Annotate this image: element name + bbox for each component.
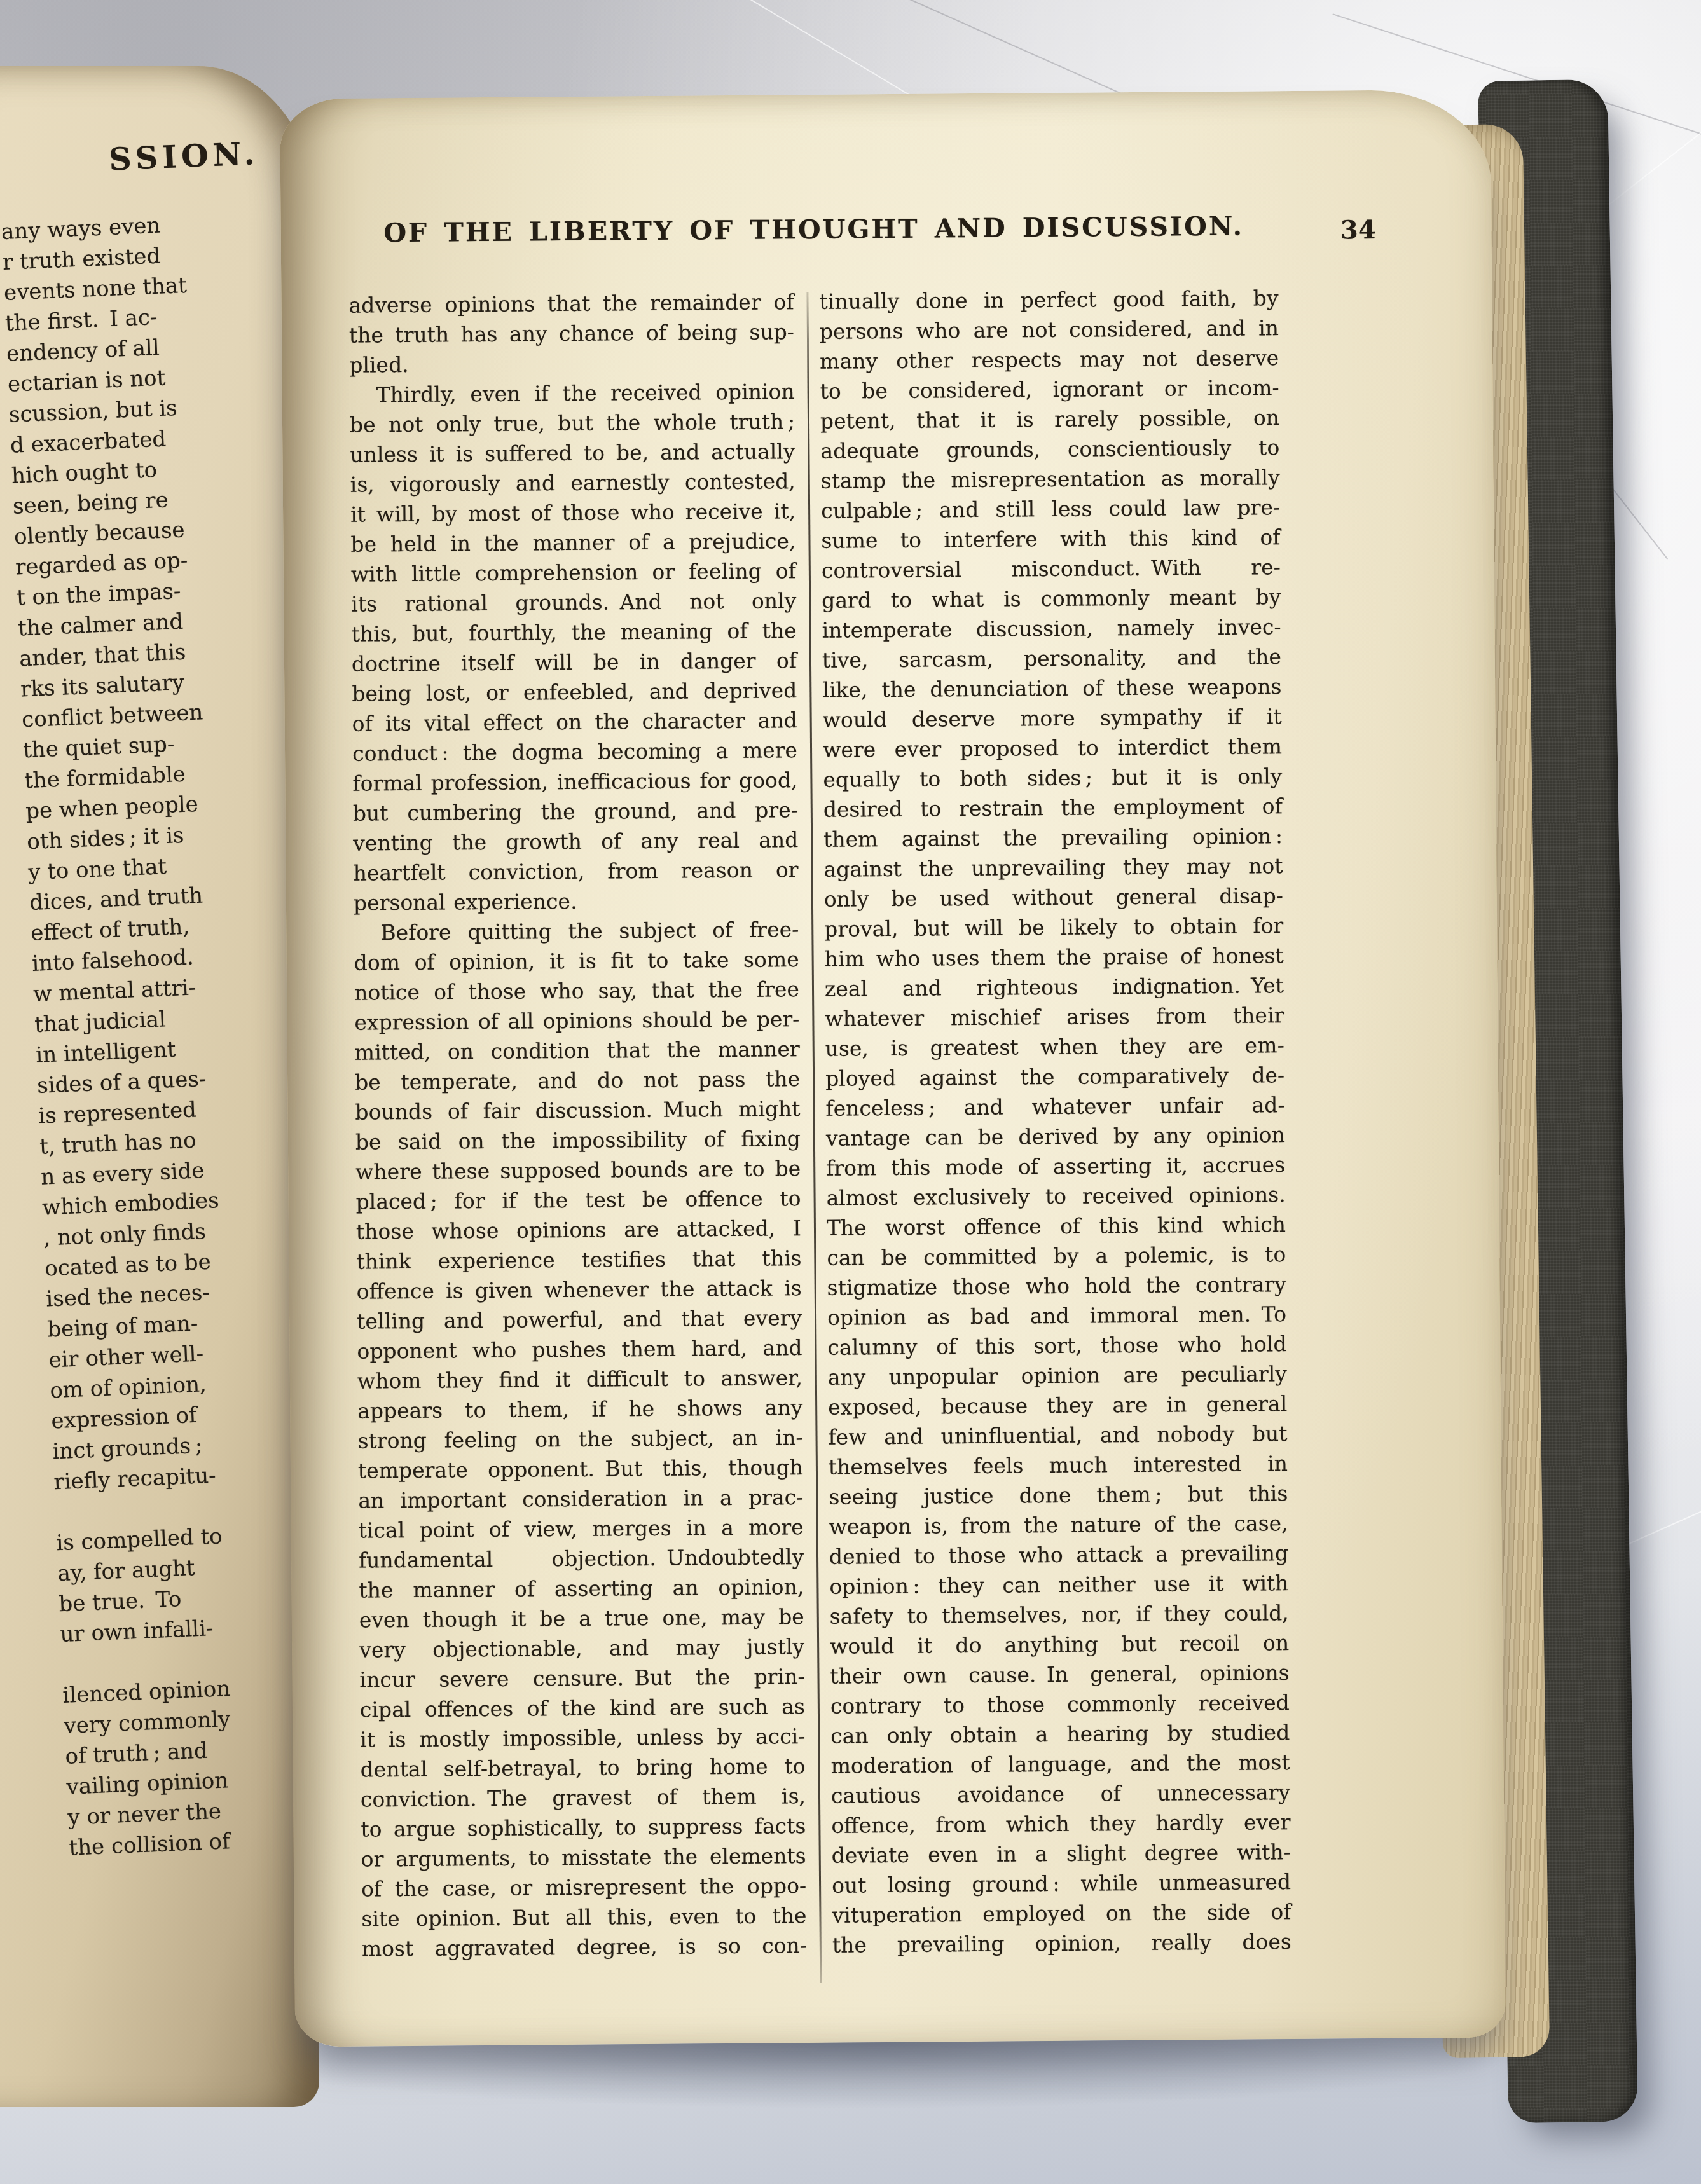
text-line: to be considered, ignorant or incom- xyxy=(820,373,1279,406)
text-line: fundamental objection. Undoubtedly xyxy=(359,1542,804,1575)
text-line: personal experience. xyxy=(354,884,799,917)
text-line: conduct : the dogma becoming a mere xyxy=(352,735,797,768)
text-line: their own cause. In general, opinions xyxy=(830,1658,1289,1691)
left-page-partial: SSION. any ways evenr truth existedevent… xyxy=(0,66,319,2107)
text-line: safety to themselves, nor, if they could… xyxy=(830,1598,1289,1631)
text-line: notice of those who say, that the free xyxy=(354,974,799,1007)
text-line: Thirdly, even if the received opinion xyxy=(349,376,794,409)
text-line: opponent who pushes them hard, and xyxy=(357,1333,802,1366)
text-line: tical point of view, merges in a more xyxy=(359,1512,804,1545)
text-line: conviction. The gravest of them is, xyxy=(361,1781,806,1814)
text-line: expression of all opinions should be per… xyxy=(354,1004,799,1037)
text-line: calumny of this sort, those who hold xyxy=(827,1329,1286,1363)
left-page-line-fragments: any ways evenr truth existedevents none … xyxy=(1,206,330,1864)
text-line: temperate opponent. But this, though xyxy=(358,1452,803,1485)
text-line: strong feeling on the subject, an in- xyxy=(357,1422,802,1455)
text-line: use, is greatest when they are em- xyxy=(825,1030,1284,1064)
text-line: but cumbering the ground, and pre- xyxy=(353,795,798,828)
text-line: sume to interfere with this kind of xyxy=(821,522,1280,556)
text-line: the prevailing opinion, really does xyxy=(832,1926,1291,1960)
text-line: can only obtain a hearing by studied xyxy=(830,1717,1290,1751)
text-line: the manner of asserting an opinion, xyxy=(359,1572,804,1605)
text-line: is, vigorously and earnestly contested, xyxy=(350,466,795,499)
text-line: zeal and righteous indignation. Yet xyxy=(825,970,1284,1004)
text-line: where these supposed bounds are to be xyxy=(355,1153,801,1186)
text-line: ployed against the comparatively de- xyxy=(825,1060,1284,1094)
text-line: doctrine itself will be in danger of xyxy=(352,645,797,678)
text-line: denied to those who attack a prevailing xyxy=(829,1538,1288,1572)
text-line: be not only true, but the whole truth ; xyxy=(350,406,795,439)
text-line: it is mostly impossible, unless by acci- xyxy=(360,1721,805,1754)
text-column-right: tinually done in perfect good faith, byp… xyxy=(819,283,1291,1960)
text-line: formal profession, inefficacious for goo… xyxy=(352,765,797,798)
text-line: adequate grounds, conscientiously to xyxy=(820,432,1279,466)
text-line: incur severe censure. But the prin- xyxy=(359,1661,804,1694)
text-line: site opinion. But all this, even to the xyxy=(361,1900,806,1933)
text-line: cipal offences of the kind are such as xyxy=(360,1691,805,1724)
text-line: its rational grounds. And not only xyxy=(351,586,796,619)
text-line: dom of opinion, it is fit to take some xyxy=(354,944,799,977)
text-line: him who uses them the praise of honest xyxy=(824,940,1283,974)
text-line: few and uninfluential, and nobody but xyxy=(828,1418,1287,1452)
text-line: petent, that it is rarely possible, on xyxy=(820,402,1279,436)
text-line: very objectionable, and may justly xyxy=(359,1631,804,1665)
text-line: most aggravated degree, is so con- xyxy=(362,1930,807,1963)
column-divider-rule xyxy=(806,292,822,1983)
text-line: can be committed by a polemic, is to xyxy=(827,1239,1286,1273)
text-line: would it do anything but recoil on xyxy=(830,1628,1289,1661)
text-line: unless it is suffered to be, and actuall… xyxy=(350,436,795,469)
text-line: tinually done in perfect good faith, by xyxy=(819,283,1278,317)
text-line: an important consideration in a prac- xyxy=(358,1482,803,1515)
text-line: stigmatize those who hold the contrary xyxy=(827,1269,1286,1303)
text-line: cautious avoidance of unnecessary xyxy=(831,1777,1290,1811)
text-line: plied. xyxy=(349,347,794,380)
text-line: against the unprevailing they may not xyxy=(823,851,1283,884)
text-line: seeing justice done them ; but this xyxy=(829,1478,1288,1512)
text-line: equally to both sides ; but it is only xyxy=(823,761,1282,795)
text-column-left: adverse opinions that the remainder ofth… xyxy=(348,287,807,1963)
text-line: them against the prevailing opinion : xyxy=(823,821,1283,855)
text-line: controversial misconduct. With re- xyxy=(822,552,1281,586)
text-line: to argue sophistically, to suppress fact… xyxy=(361,1811,806,1844)
text-line: deviate even in a slight degree with- xyxy=(832,1837,1291,1871)
text-line: be temperate, and do not pass the xyxy=(355,1064,800,1097)
page-number: 34 xyxy=(1340,215,1376,245)
text-line: themselves feels much interested in xyxy=(829,1448,1288,1482)
text-line: exposed, because they are in general xyxy=(828,1389,1287,1422)
text-line: heartfelt conviction, from reason or xyxy=(353,855,798,888)
text-line: this, but, fourthly, the meaning of the xyxy=(351,615,796,649)
text-line: venting the growth of any real and xyxy=(353,825,798,858)
text-line: vituperation employed on the side of xyxy=(832,1897,1291,1930)
text-line: or arguments, to misstate the elements xyxy=(361,1841,806,1874)
text-line: Before quitting the subject of free- xyxy=(354,914,799,947)
text-line: vantage can be derived by any opinion xyxy=(826,1120,1285,1153)
text-line: intemperate discussion, namely invec- xyxy=(822,612,1281,645)
text-line: The worst offence of this kind which xyxy=(827,1209,1286,1243)
text-line: it will, by most of those who receive it… xyxy=(350,496,795,529)
text-line: be held in the manner of a prejudice, xyxy=(350,526,795,559)
text-line: be said on the impossibility of fixing xyxy=(355,1123,801,1157)
text-line: out losing ground : while unmeasured xyxy=(832,1867,1291,1900)
text-line: stamp the misrepresentation as morally xyxy=(821,462,1280,496)
text-line: whatever mischief arises from their xyxy=(825,1000,1284,1034)
text-line: of its vital effect on the character and xyxy=(352,705,797,738)
text-line: fenceless ; and whatever unfair ad- xyxy=(825,1090,1284,1123)
text-line: like, the denunciation of these weapons xyxy=(822,671,1281,705)
text-line: whom they find it difficult to answer, xyxy=(357,1363,802,1396)
text-line: desired to restrain the employment of xyxy=(823,791,1283,825)
text-line: any unpopular opinion are peculiarly xyxy=(828,1359,1287,1392)
text-line: culpable ; and still less could law pre- xyxy=(821,492,1280,526)
text-line: dental self-betrayal, to bring home to xyxy=(360,1751,805,1784)
text-line: many other respects may not deserve xyxy=(820,343,1279,376)
text-line: adverse opinions that the remainder of xyxy=(348,287,794,320)
text-line: think experience testifies that this xyxy=(356,1243,801,1276)
text-line: even though it be a true one, may be xyxy=(359,1602,804,1635)
text-line: appears to them, if he shows any xyxy=(357,1392,802,1425)
text-line: only be used without general disap- xyxy=(824,881,1283,914)
right-page: OF THE LIBERTY OF THOUGHT AND DISCUSSION… xyxy=(280,90,1506,2047)
running-head-fragment: SSION. xyxy=(0,135,259,182)
text-line: being lost, or enfeebled, and deprived xyxy=(352,675,797,708)
text-line: telling and powerful, and that every xyxy=(357,1303,802,1336)
text-line: mitted, on condition that the manner xyxy=(355,1034,800,1067)
text-line: gard to what is commonly meant by xyxy=(822,582,1281,615)
text-line: weapon is, from the nature of the case, xyxy=(829,1508,1288,1542)
text-line: offence is given whenever the attack is xyxy=(357,1273,802,1306)
text-line: bounds of fair discussion. Much might xyxy=(355,1094,800,1127)
text-line: opinion as bad and immoral men. To xyxy=(827,1299,1286,1333)
text-line: from this mode of asserting it, accrues xyxy=(826,1150,1285,1183)
text-line: with little comprehension or feeling of xyxy=(351,556,796,589)
text-line: persons who are not considered, and in xyxy=(820,313,1279,347)
text-line: were ever proposed to interdict them xyxy=(823,731,1282,765)
text-line: of the case, or misrepresent the oppo- xyxy=(361,1871,806,1904)
text-line: the truth has any chance of being sup- xyxy=(349,317,794,350)
left-page-text-block: SSION. any ways evenr truth existedevent… xyxy=(0,135,330,1864)
text-line: those whose opinions are attacked, I xyxy=(356,1213,801,1246)
text-line: moderation of language, and the most xyxy=(830,1747,1290,1781)
running-head-title: OF THE LIBERTY OF THOUGHT AND DISCUSSION… xyxy=(352,210,1275,248)
text-line: opinion : they can neither use it with xyxy=(829,1568,1288,1602)
text-line: would deserve more sympathy if it xyxy=(823,701,1282,735)
text-line: placed ; for if the test be offence to xyxy=(355,1183,801,1216)
text-line: proval, but will be likely to obtain for xyxy=(824,910,1283,944)
text-line: tive, sarcasm, personality, and the xyxy=(822,642,1281,675)
text-line: contrary to those commonly received xyxy=(830,1687,1290,1721)
text-line: offence, from which they hardly ever xyxy=(831,1807,1290,1841)
text-line: almost exclusively to received opinions. xyxy=(826,1179,1285,1213)
photo-of-open-book: SSION. any ways evenr truth existedevent… xyxy=(0,0,1701,2184)
